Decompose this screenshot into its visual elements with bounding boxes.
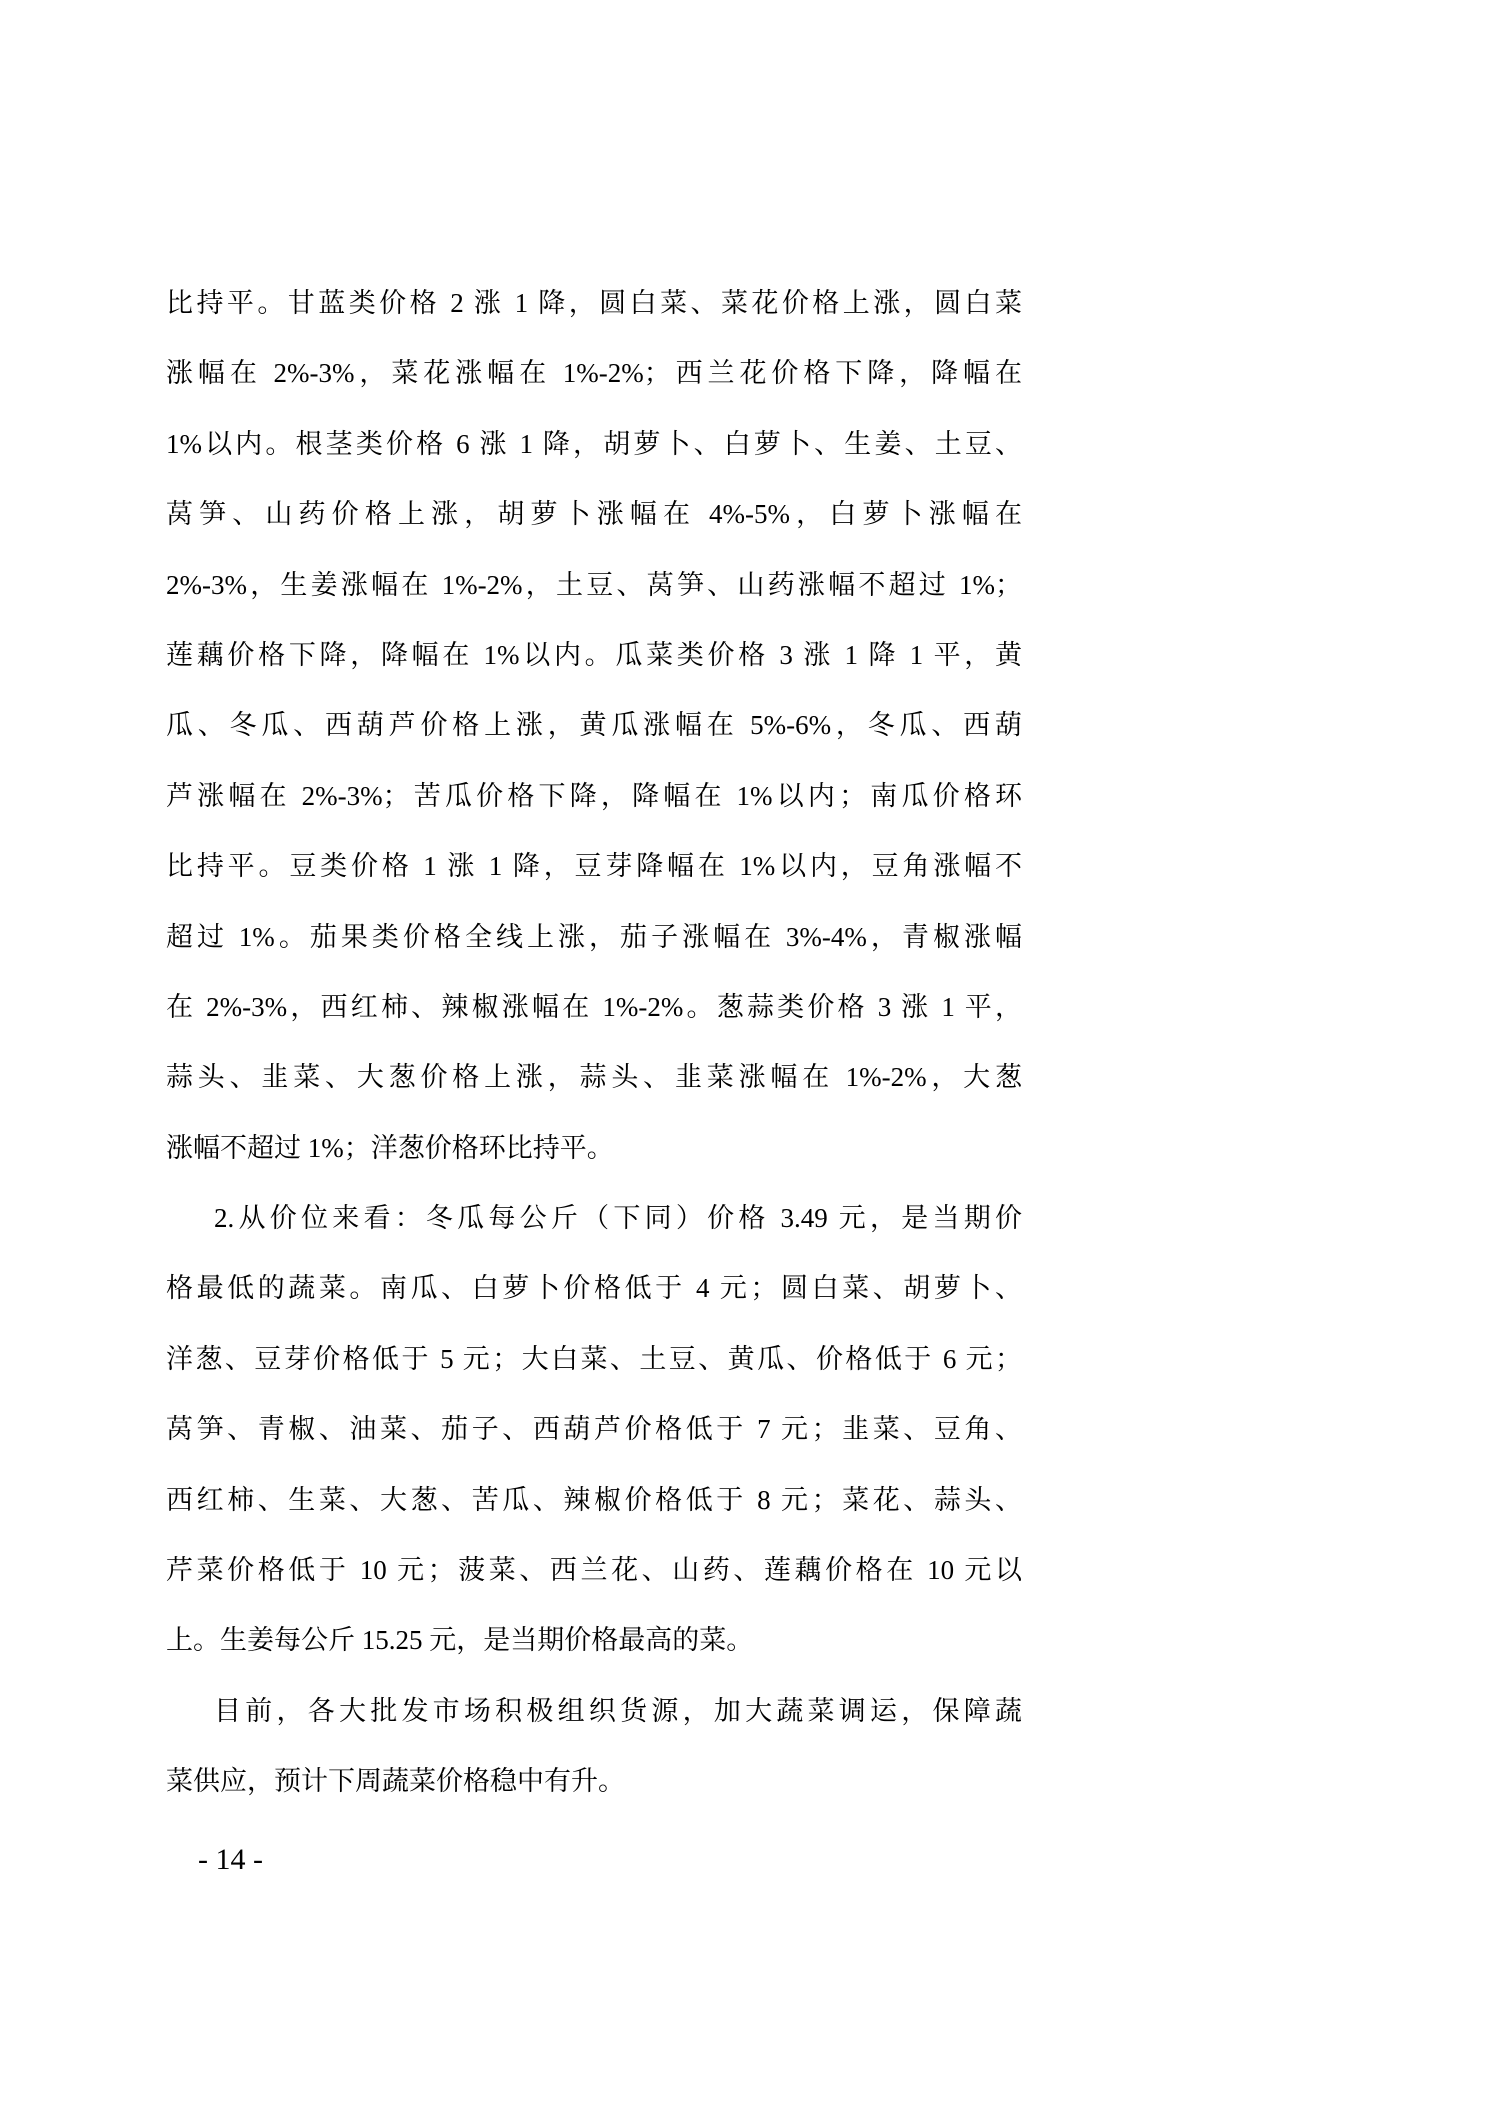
text-line: 莴笋、山药价格上涨，胡萝卜涨幅在 4%-5%，白萝卜涨幅在 [166, 479, 1022, 549]
text-line: 西红柿、生菜、大葱、苦瓜、辣椒价格低于 8 元；菜花、蒜头、 [166, 1465, 1022, 1535]
paragraph-price-changes: 比持平。甘蓝类价格 2 涨 1 降，圆白菜、菜花价格上涨，圆白菜 涨幅在 2%-… [166, 268, 1022, 1183]
text-line: 在 2%-3%，西红柿、辣椒涨幅在 1%-2%。葱蒜类价格 3 涨 1 平， [166, 972, 1022, 1042]
text-line: 上。生姜每公斤 15.25 元，是当期价格最高的菜。 [166, 1605, 1022, 1675]
text-line: 洋葱、豆芽价格低于 5 元；大白菜、土豆、黄瓜、价格低于 6 元； [166, 1324, 1022, 1394]
document-body: 比持平。甘蓝类价格 2 涨 1 降，圆白菜、菜花价格上涨，圆白菜 涨幅在 2%-… [166, 268, 1022, 1817]
paragraph-outlook: 目前，各大批发市场积极组织货源，加大蔬菜调运，保障蔬 菜供应，预计下周蔬菜价格稳… [166, 1676, 1022, 1817]
text-line: 瓜、冬瓜、西葫芦价格上涨，黄瓜涨幅在 5%-6%，冬瓜、西葫 [166, 690, 1022, 760]
text-line: 比持平。甘蓝类价格 2 涨 1 降，圆白菜、菜花价格上涨，圆白菜 [166, 268, 1022, 338]
document-page: 比持平。甘蓝类价格 2 涨 1 降，圆白菜、菜花价格上涨，圆白菜 涨幅在 2%-… [0, 0, 1488, 2105]
text-line: 蒜头、韭菜、大葱价格上涨，蒜头、韭菜涨幅在 1%-2%，大葱 [166, 1042, 1022, 1112]
text-line: 格最低的蔬菜。南瓜、白萝卜价格低于 4 元；圆白菜、胡萝卜、 [166, 1253, 1022, 1323]
page-footer: - 14 - [198, 1842, 263, 1878]
paragraph-price-levels: 2.从价位来看：冬瓜每公斤（下同）价格 3.49 元，是当期价 格最低的蔬菜。南… [166, 1183, 1022, 1676]
text-line: 目前，各大批发市场积极组织货源，加大蔬菜调运，保障蔬 [166, 1676, 1022, 1746]
page-number: - 14 - [198, 1843, 263, 1876]
text-line: 涨幅在 2%-3%，菜花涨幅在 1%-2%；西兰花价格下降，降幅在 [166, 338, 1022, 408]
text-line: 芹菜价格低于 10 元；菠菜、西兰花、山药、莲藕价格在 10 元以 [166, 1535, 1022, 1605]
text-line: 芦涨幅在 2%-3%；苦瓜价格下降，降幅在 1%以内；南瓜价格环 [166, 761, 1022, 831]
text-line: 莴笋、青椒、油菜、茄子、西葫芦价格低于 7 元；韭菜、豆角、 [166, 1394, 1022, 1464]
text-line: 菜供应，预计下周蔬菜价格稳中有升。 [166, 1746, 1022, 1816]
text-line: 1%以内。根茎类价格 6 涨 1 降，胡萝卜、白萝卜、生姜、土豆、 [166, 409, 1022, 479]
text-line: 超过 1%。茄果类价格全线上涨，茄子涨幅在 3%-4%，青椒涨幅 [166, 902, 1022, 972]
text-line: 莲藕价格下降，降幅在 1%以内。瓜菜类价格 3 涨 1 降 1 平，黄 [166, 620, 1022, 690]
text-line: 涨幅不超过 1%；洋葱价格环比持平。 [166, 1113, 1022, 1183]
text-line: 2.从价位来看：冬瓜每公斤（下同）价格 3.49 元，是当期价 [166, 1183, 1022, 1253]
text-line: 比持平。豆类价格 1 涨 1 降，豆芽降幅在 1%以内，豆角涨幅不 [166, 831, 1022, 901]
text-line: 2%-3%，生姜涨幅在 1%-2%，土豆、莴笋、山药涨幅不超过 1%； [166, 550, 1022, 620]
